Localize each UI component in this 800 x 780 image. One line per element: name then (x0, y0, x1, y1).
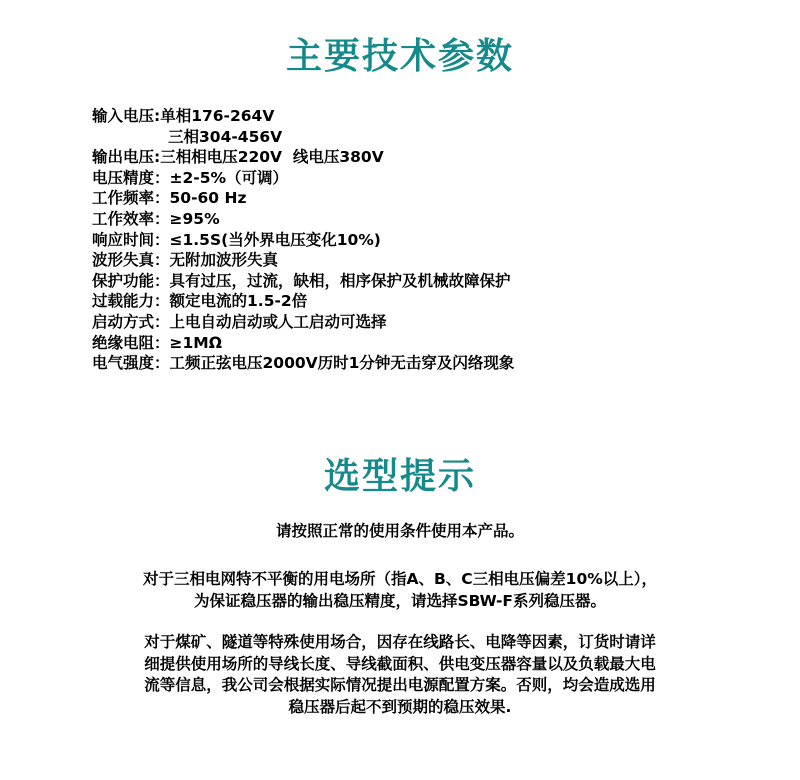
spec-value: 无附加波形失真 (170, 251, 279, 269)
spec-row-insulation: 绝缘电阻：≥1MΩ (92, 333, 514, 354)
spec-row-frequency: 工作频率：50-60 Hz (92, 188, 514, 209)
tip-paragraph-usage: 请按照正常的使用条件使用本产品。 (0, 521, 800, 543)
spec-label: 电气强度： (92, 353, 170, 374)
spec-label: 启动方式： (92, 312, 170, 333)
spec-row-dielectric-strength: 电气强度：工频正弦电压2000V历时1分钟无击穿及闪络现象 (92, 353, 514, 374)
spec-label: 保护功能： (92, 271, 170, 292)
tip-paragraph-unbalanced-grid: 对于三相电网特不平衡的用电场所（指A、B、C三相电压偏差10%以上）， 为保证稳… (0, 569, 800, 612)
spec-label: 电压精度： (92, 168, 170, 189)
spec-value: 工频正弦电压2000V历时1分钟无击穿及闪络现象 (170, 354, 515, 372)
tips-section-title: 选型提示 (0, 448, 800, 499)
spec-row-startup: 启动方式：上电自动启动或人工启动可选择 (92, 312, 514, 333)
spec-row-overload: 过载能力：额定电流的1.5-2倍 (92, 291, 514, 312)
spec-row-waveform-distortion: 波形失真：无附加波形失真 (92, 250, 514, 271)
spec-value: 50-60 Hz (170, 189, 247, 207)
spec-value: 上电自动启动或人工启动可选择 (170, 313, 387, 331)
spec-label: 工作频率： (92, 188, 170, 209)
spec-row-input-voltage: 输入电压:单相176-264V (92, 106, 514, 127)
spec-value: 三相相电压220V 线电压380V (160, 148, 384, 166)
tip-paragraph-special-sites: 对于煤矿、隧道等特殊使用场合，因存在线路长、电降等因素，订货时请详 细提供使用场… (0, 632, 800, 718)
spec-label: 工作效率： (92, 209, 170, 230)
spec-value: 额定电流的1.5-2倍 (170, 292, 308, 310)
spec-label: 波形失真： (92, 250, 170, 271)
spec-row-response-time: 响应时间：≤1.5S(当外界电压变化10%) (92, 230, 514, 251)
spec-label: 输出电压: (92, 147, 160, 168)
spec-label: 绝缘电阻： (92, 333, 170, 354)
specs-section-title: 主要技术参数 (0, 28, 800, 79)
spec-row-input-voltage-3phase: 三相304-456V (92, 127, 514, 148)
specs-list: 输入电压:单相176-264V 三相304-456V 输出电压:三相相电压220… (92, 106, 514, 374)
tip-line: 对于煤矿、隧道等特殊使用场合，因存在线路长、电降等因素，订货时请详 (0, 632, 800, 654)
tip-line: 流等信息，我公司会根据实际情况提出电源配置方案。否则，均会造成选用 (0, 675, 800, 697)
spec-label: 过载能力： (92, 291, 170, 312)
spec-value: ≥1MΩ (170, 334, 222, 352)
spec-row-output-voltage: 输出电压:三相相电压220V 线电压380V (92, 147, 514, 168)
spec-label: 响应时间： (92, 230, 170, 251)
spec-row-voltage-accuracy: 电压精度：±2-5%（可调） (92, 168, 514, 189)
tip-line: 细提供使用场所的导线长度、导线截面积、供电变压器容量以及负载最大电 (0, 654, 800, 676)
spec-row-efficiency: 工作效率：≥95% (92, 209, 514, 230)
spec-value: 三相304-456V (168, 128, 282, 146)
spec-value: ≥95% (170, 210, 220, 228)
spec-row-protection: 保护功能：具有过压，过流，缺相，相序保护及机械故障保护 (92, 271, 514, 292)
spec-value: ≤1.5S(当外界电压变化10%) (170, 231, 381, 249)
tip-line: 稳压器后起不到预期的稳压效果. (0, 697, 800, 719)
tip-line: 请按照正常的使用条件使用本产品。 (0, 521, 800, 543)
spec-value: ±2-5%（可调） (170, 169, 289, 187)
tip-line: 为保证稳压器的输出稳压精度，请选择SBW-F系列稳压器。 (0, 591, 800, 613)
tip-line: 对于三相电网特不平衡的用电场所（指A、B、C三相电压偏差10%以上）， (0, 569, 800, 591)
spec-label: 输入电压: (92, 106, 160, 127)
spec-value: 单相176-264V (160, 107, 274, 125)
spec-value: 具有过压，过流，缺相，相序保护及机械故障保护 (170, 272, 511, 290)
